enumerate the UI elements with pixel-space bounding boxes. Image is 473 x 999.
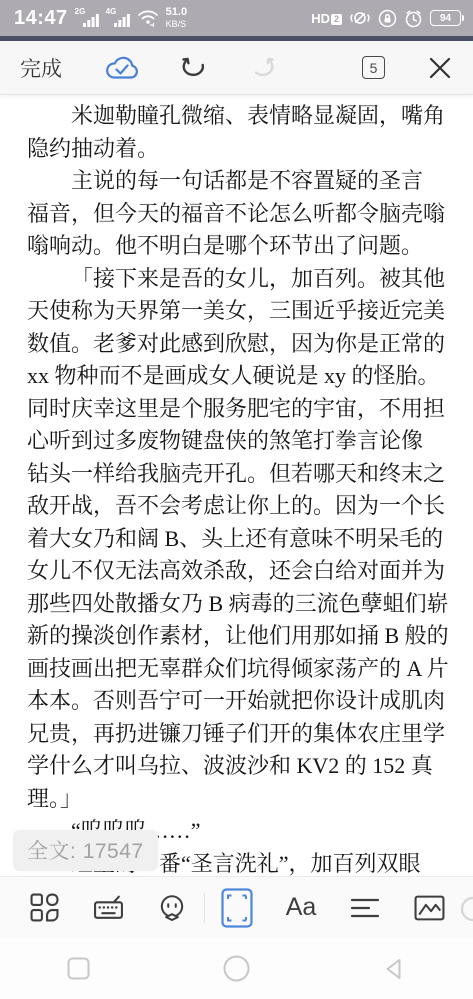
home-button[interactable]	[158, 955, 316, 982]
doc-text-line: 学什么才叫乌拉、波波沙和 KV2 的 152 真	[27, 750, 447, 783]
status-bar: 14:47 2G 4G 51.0 KB/S	[0, 0, 473, 36]
back-button[interactable]	[315, 957, 473, 981]
doc-text-line: 着大女乃和阔 B、头上还有意味不明呆毛的	[27, 523, 447, 556]
doc-text-line: 天使称为天界第一美女，三围近乎接近完美	[27, 295, 447, 328]
page-frame-icon-selected[interactable]	[205, 888, 269, 928]
font-format-button[interactable]: Aa	[269, 893, 333, 922]
keyboard-icon[interactable]	[76, 893, 140, 922]
volte-hd-icon: HD2	[311, 11, 342, 26]
android-nav-bar	[0, 938, 473, 999]
fulltext-count-badge: 全文: 17547	[13, 830, 158, 871]
doc-text[interactable]: 米迦勒瞳孔微缩、表情略显凝固，嘴角隐约抽动着。主说的每一句话都是不容置疑的圣言福…	[0, 95, 473, 876]
alarm-icon	[404, 9, 423, 28]
redo-button[interactable]	[248, 55, 276, 81]
doc-text-line: 女儿不仅无法高效杀敌，还会白给对面并为	[27, 555, 447, 588]
doc-text-line: 敌开战，吾不会考虑让你上的。因为一个长	[27, 490, 447, 523]
screen-lock-icon	[378, 9, 397, 28]
undo-button[interactable]	[180, 55, 208, 81]
wifi-icon	[137, 9, 159, 27]
done-button[interactable]: 完成	[20, 53, 62, 83]
cloud-sync-icon[interactable]	[104, 54, 140, 82]
partial-hidden-icon[interactable]	[460, 896, 473, 922]
apps-grid-icon[interactable]	[12, 893, 76, 922]
doc-text-line: 画技画出把无辜群众们坑得倾家荡产的 A 片	[27, 653, 447, 686]
doc-text-line: 那些四处散播女乃 B 病毒的三流色孽蛆们崭	[27, 588, 447, 621]
doc-text-line: 数值。老爹对此感到欣慰，因为你是正常的	[27, 328, 447, 361]
doc-text-line: 嗡响动。他不明白是哪个环节出了问题。	[27, 230, 447, 263]
network-speed: 51.0 KB/S	[166, 7, 187, 29]
bottom-toolbar: Aa	[0, 876, 473, 938]
doc-text-line: 本本。否则吾宁可一开始就把你设计成肌肉	[27, 685, 447, 718]
doc-text-line: 隐约抽动着。	[27, 133, 447, 166]
doc-text-line: 福音，但今天的福音不论怎么听都令脑壳嗡	[27, 198, 447, 231]
battery-icon: 94	[430, 10, 461, 26]
doc-text-line: 同时庆幸这里是个服务肥宅的宇宙，不用担	[27, 393, 447, 426]
doc-text-line: 新的操淡创作素材，让他们用那如捅 B 般的	[27, 620, 447, 653]
doc-text-line: 心听到过多废物键盘侠的煞笔打拳言论像	[27, 425, 447, 458]
close-icon[interactable]	[427, 55, 453, 81]
paragraph-align-icon[interactable]	[333, 896, 397, 920]
emoji-face-icon[interactable]	[140, 893, 204, 923]
doc-text-line: 「接下来是吾的女儿，加百列。被其他	[27, 263, 447, 296]
recents-button[interactable]	[0, 957, 158, 980]
insert-image-icon[interactable]	[397, 895, 461, 921]
page-count-button[interactable]: 5	[362, 56, 385, 79]
signal-4g-icon: 4G	[106, 8, 130, 28]
clock: 14:47	[14, 7, 68, 30]
mute-vibrate-icon	[349, 9, 371, 27]
phone-screen: 14:47 2G 4G 51.0 KB/S	[0, 0, 473, 999]
doc-text-line: 兄贵，再扔进镰刀锤子们开的集体农庄里学	[27, 718, 447, 751]
doc-text-line: 钻头一样给我脑壳开孔。但若哪天和终末之	[27, 458, 447, 491]
doc-text-line: 理。」	[27, 783, 447, 816]
signal-2g-icon: 2G	[75, 8, 99, 28]
edit-toolbar: 完成 5	[0, 41, 473, 95]
doc-text-line: xx 物种而不是画成女人硬说是 xy 的怪胎。	[27, 360, 447, 393]
doc-text-line: 米迦勒瞳孔微缩、表情略显凝固，嘴角	[27, 100, 447, 133]
doc-text-line: 主说的每一句话都是不容置疑的圣言	[27, 165, 447, 198]
